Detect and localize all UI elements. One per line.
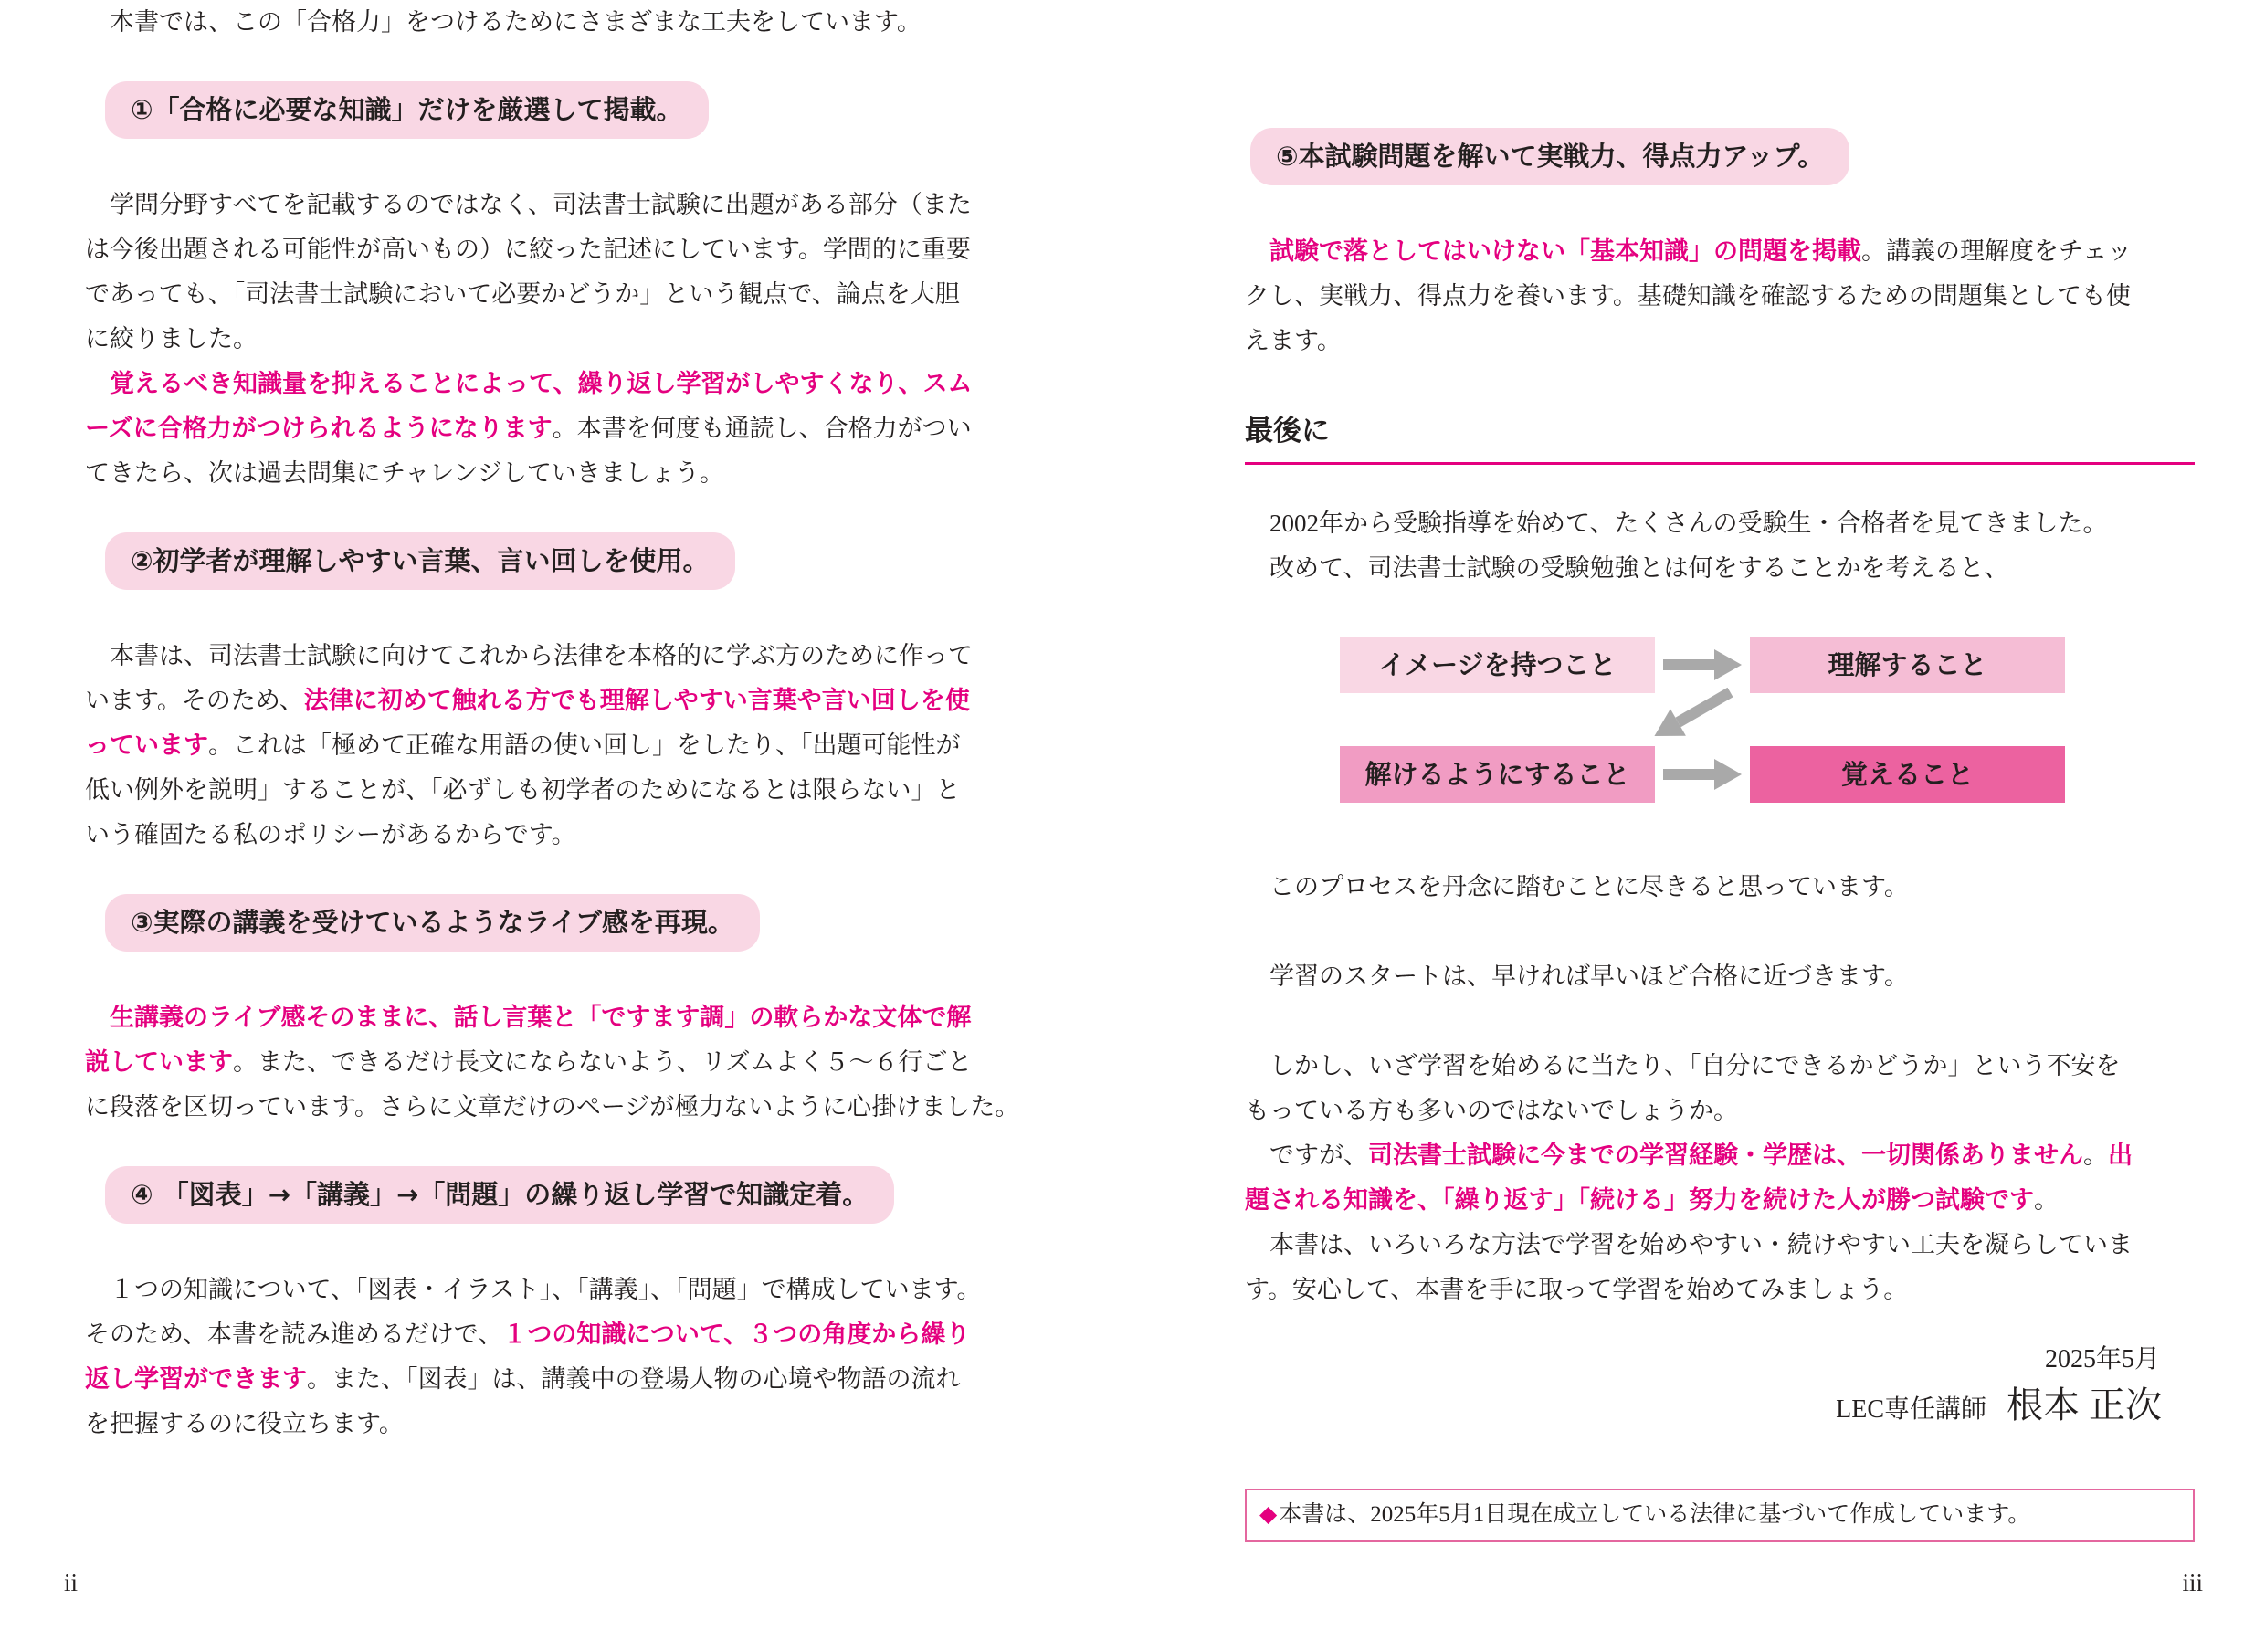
start-note-paragraph: 学習のスタートは、早ければ早いほど合格に近づきます。 bbox=[1245, 954, 2195, 999]
text-run: に段落を区切っています。さらに文章だけのページが極力ないように心掛けました。 bbox=[85, 1093, 1019, 1121]
text-line: このプロセスを丹念に踏むことに尽きると思っています。 bbox=[1245, 865, 2195, 910]
text-run: １つの知識について、「図表・イラスト」、「講義」、「問題」で構成しています。 bbox=[85, 1276, 981, 1303]
text-run: ですが、 bbox=[1245, 1142, 1368, 1169]
section-heading-row: ⑤本試験問題を解いて実戦力、得点力アップ。 bbox=[1245, 128, 2195, 185]
text-run: 。 bbox=[2034, 1186, 2059, 1214]
section-heading: ②初学者が理解しやすい言葉、言い回しを使用。 bbox=[105, 532, 735, 590]
author-line: LEC専任講師根本 正次 bbox=[1245, 1382, 2162, 1437]
text-run: いう確固たる私のポリシーがあるからです。 bbox=[85, 821, 576, 848]
text-line: １つの知識について、「図表・イラスト」、「講義」、「問題」で構成しています。 bbox=[85, 1268, 1026, 1312]
emphasis-run: っています bbox=[85, 731, 208, 760]
text-line: 覚えるべき知識量を抑えることによって、繰り返し学習がしやすくなり、スム bbox=[85, 362, 1026, 406]
left-page: 本書では、この「合格力」をつけるためにさまざまな工夫をしています。 ①「合格に必… bbox=[85, 0, 1026, 1447]
feature-section: ③実際の講義を受けているようなライブ感を再現。 生講義のライブ感そのままに、話し… bbox=[85, 894, 1026, 1130]
diagram-box-image: イメージを持つこと bbox=[1340, 637, 1655, 693]
closing-heading: 最後に bbox=[1245, 413, 2195, 449]
text-line: に絞りました。 bbox=[85, 317, 1026, 362]
text-line: っています。これは「極めて正確な用語の使い回し」をしたり、「出題可能性が bbox=[85, 723, 1026, 768]
author-name: 根本 正次 bbox=[2007, 1384, 2162, 1426]
text-line: 生講義のライブ感そのままに、話し言葉と「ですます調」の軟らかな文体で解 bbox=[85, 995, 1026, 1040]
diamond-bullet: ◆ bbox=[1259, 1502, 1277, 1527]
section-heading: ①「合格に必要な知識」だけを厳選して掲載。 bbox=[105, 81, 709, 139]
text-run: 本書は、司法書士試験に向けてこれから法律を本格的に学ぶ方のために作って bbox=[85, 642, 973, 669]
emphasis-run: 覚えるべき知識量を抑えることによって、繰り返し学習がしやすくなり、スム bbox=[85, 370, 972, 398]
diagram-box-solve: 解けるようにすること bbox=[1340, 746, 1655, 803]
arrow-down-left-icon bbox=[1647, 679, 1738, 749]
diagram-box-understand: 理解すること bbox=[1750, 637, 2065, 693]
process-diagram: イメージを持つこと 理解すること 解けるようにすること 覚えること bbox=[1340, 637, 2070, 803]
arrow-right-icon bbox=[1663, 649, 1742, 680]
text-line: 本書は、いろいろな方法で学習を始めやすい・続けやすい工夫を凝らしていま bbox=[1245, 1223, 2195, 1268]
text-line: は今後出題される可能性が高いもの）に絞った記述にしています。学問的に重要 bbox=[85, 227, 1026, 272]
text-line: いう確固たる私のポリシーがあるからです。 bbox=[85, 813, 1026, 858]
text-run: 。また、「図表」は、講義中の登場人物の心境や物語の流れ bbox=[307, 1365, 961, 1393]
section-paragraph: 本書は、司法書士試験に向けてこれから法律を本格的に学ぶ方のために作っています。そ… bbox=[85, 634, 1026, 858]
text-run: もっている方も多いのではないでしょうか。 bbox=[1245, 1097, 1738, 1124]
section-paragraph: １つの知識について、「図表・イラスト」、「講義」、「問題」で構成しています。その… bbox=[85, 1268, 1026, 1447]
section-heading: ③実際の講義を受けているようなライブ感を再現。 bbox=[105, 894, 760, 952]
page-number-right: iii bbox=[2182, 1569, 2203, 1596]
feature-section: ②初学者が理解しやすい言葉、言い回しを使用。 本書は、司法書士試験に向けてこれか… bbox=[85, 532, 1026, 858]
text-line: を把握するのに役立ちます。 bbox=[85, 1402, 1026, 1447]
text-line: 説しています。また、できるだけ長文にならないよう、リズムよく５〜６行ごと bbox=[85, 1040, 1026, 1085]
text-run: クし、実戦力、得点力を養います。基礎知識を確認するための問題集としても使 bbox=[1245, 282, 2131, 310]
left-sections: ①「合格に必要な知識」だけを厳選して掲載。 学問分野すべてを記載するのではなく、… bbox=[85, 81, 1026, 1447]
emphasis-run: 返し学習ができます bbox=[85, 1365, 307, 1394]
author-title: LEC専任講師 bbox=[1836, 1395, 1986, 1424]
emphasis-run: 説しています bbox=[85, 1048, 233, 1077]
text-run: す。安心して、本書を手に取って学習を始めてみましょう。 bbox=[1245, 1276, 1908, 1303]
text-line: 本書は、司法書士試験に向けてこれから法律を本格的に学ぶ方のために作って bbox=[85, 634, 1026, 679]
emphasis-run: ーズに合格力がつけられるようになります bbox=[85, 415, 553, 443]
arrow-right-icon bbox=[1663, 759, 1742, 790]
text-line: クし、実戦力、得点力を養います。基礎知識を確認するための問題集としても使 bbox=[1245, 274, 2195, 319]
text-run: 。講義の理解度をチェッ bbox=[1861, 237, 2132, 265]
text-line: す。安心して、本書を手に取って学習を始めてみましょう。 bbox=[1245, 1268, 2195, 1312]
footnote-box: ◆本書は、2025年5月1日現在成立している法律に基づいて作成しています。 bbox=[1245, 1489, 2195, 1542]
text-run: は今後出題される可能性が高いもの）に絞った記述にしています。学問的に重要 bbox=[85, 236, 971, 263]
text-line: に段落を区切っています。さらに文章だけのページが極力ないように心掛けました。 bbox=[85, 1085, 1026, 1130]
text-line: 低い例外を説明」することが、「必ずしも初学者のためになるとは限らない」と bbox=[85, 768, 1026, 813]
text-line: ですが、司法書士試験に今までの学習経験・学歴は、一切関係ありません。出 bbox=[1245, 1133, 2195, 1178]
process-note-paragraph: このプロセスを丹念に踏むことに尽きると思っています。 bbox=[1245, 865, 2195, 910]
section-heading-5: ⑤本試験問題を解いて実戦力、得点力アップ。 bbox=[1250, 128, 1849, 185]
emphasis-run: 題される知識を、「繰り返す」「続ける」努力を続けた人が勝つ試験です bbox=[1245, 1186, 2034, 1215]
intro-paragraph: 本書では、この「合格力」をつけるためにさまざまな工夫をしています。 bbox=[85, 0, 1026, 45]
heading-rule bbox=[1245, 462, 2195, 465]
section-heading-row: ④ 「図表」→「講義」→「問題」の繰り返し学習で知識定着。 bbox=[85, 1166, 1026, 1224]
text-run: います。そのため、 bbox=[85, 687, 304, 714]
diagram-box-memorize: 覚えること bbox=[1750, 746, 2065, 803]
closing-intro-paragraph: 2002年から受験指導を始めて、たくさんの受験生・合格者を見てきました。 改めて… bbox=[1245, 501, 2195, 591]
text-line: 改めて、司法書士試験の受験勉強とは何をすることかを考えると、 bbox=[1245, 546, 2195, 591]
text-line: しかし、いざ学習を始めるに当たり、「自分にできるかどうか」という不安を bbox=[1245, 1044, 2195, 1089]
text-line: 学問分野すべてを記載するのではなく、司法書士試験に出題がある部分（また bbox=[85, 183, 1026, 227]
section-heading-row: ②初学者が理解しやすい言葉、言い回しを使用。 bbox=[85, 532, 1026, 590]
text-run: そのため、本書を読み進めるだけで、 bbox=[85, 1321, 502, 1348]
text-run: 学習のスタートは、早ければ早いほど合格に近づきます。 bbox=[1245, 963, 1909, 990]
text-run: 低い例外を説明」することが、「必ずしも初学者のためになるとは限らない」と bbox=[85, 776, 961, 804]
section-5-paragraph: 試験で落としてはいけない「基本知識」の問題を掲載。講義の理解度をチェックし、実戦… bbox=[1245, 229, 2195, 363]
text-line: 試験で落としてはいけない「基本知識」の問題を掲載。講義の理解度をチェッ bbox=[1245, 229, 2195, 274]
text-line: そのため、本書を読み進めるだけで、１つの知識について、３つの角度から繰り bbox=[85, 1312, 1026, 1357]
text-run: このプロセスを丹念に踏むことに尽きると思っています。 bbox=[1245, 873, 1909, 900]
text-line: 学習のスタートは、早ければ早いほど合格に近づきます。 bbox=[1245, 954, 2195, 999]
section-paragraph: 学問分野すべてを記載するのではなく、司法書士試験に出題がある部分（または今後出題… bbox=[85, 183, 1026, 496]
emphasis-run: 司法書士試験に今までの学習経験・学歴は、一切関係ありません bbox=[1368, 1142, 2083, 1170]
intro-text: 本書では、この「合格力」をつけるためにさまざまな工夫をしています。 bbox=[85, 8, 922, 36]
text-line: 返し学習ができます。また、「図表」は、講義中の登場人物の心境や物語の流れ bbox=[85, 1357, 1026, 1402]
text-run: しかし、いざ学習を始めるに当たり、「自分にできるかどうか」という不安を bbox=[1245, 1052, 2121, 1079]
page-number-left: ii bbox=[64, 1569, 78, 1596]
text-line: います。そのため、法律に初めて触れる方でも理解しやすい言葉や言い回しを使 bbox=[85, 679, 1026, 723]
text-line: であっても、「司法書士試験において必要かどうか」という観点で、論点を大胆 bbox=[85, 272, 1026, 317]
text-line: 2002年から受験指導を始めて、たくさんの受験生・合格者を見てきました。 bbox=[1245, 501, 2195, 546]
text-line: えます。 bbox=[1245, 319, 2195, 363]
text-run: 。また、できるだけ長文にならないよう、リズムよく５〜６行ごと bbox=[233, 1048, 972, 1076]
right-page: ⑤本試験問題を解いて実戦力、得点力アップ。 試験で落としてはいけない「基本知識」… bbox=[1245, 0, 2195, 1542]
text-run: を把握するのに役立ちます。 bbox=[85, 1410, 404, 1437]
text-line: ーズに合格力がつけられるようになります。本書を何度も通読し、合格力がつい bbox=[85, 406, 1026, 451]
feature-section: ④ 「図表」→「講義」→「問題」の繰り返し学習で知識定着。 １つの知識について、… bbox=[85, 1166, 1026, 1447]
footnote-text: 本書は、2025年5月1日現在成立している法律に基づいて作成しています。 bbox=[1279, 1502, 2030, 1527]
emphasis-run: 試験で落としてはいけない「基本知識」の問題を掲載 bbox=[1245, 237, 1861, 266]
text-run: 。 bbox=[2083, 1142, 2108, 1169]
text-run: てきたら、次は過去問集にチャレンジしていきましょう。 bbox=[85, 459, 724, 487]
emphasis-run: １つの知識について、３つの角度から繰り bbox=[502, 1321, 970, 1349]
text-run: 本書は、いろいろな方法で学習を始めやすい・続けやすい工夫を凝らしていま bbox=[1245, 1231, 2133, 1258]
text-run: 2002年から受験指導を始めて、たくさんの受験生・合格者を見てきました。 bbox=[1245, 510, 2107, 537]
text-line: てきたら、次は過去問集にチャレンジしていきましょう。 bbox=[85, 451, 1026, 496]
publication-date: 2025年5月 bbox=[1245, 1342, 2160, 1378]
text-line: もっている方も多いのではないでしょうか。 bbox=[1245, 1089, 2195, 1133]
feature-section: ①「合格に必要な知識」だけを厳選して掲載。 学問分野すべてを記載するのではなく、… bbox=[85, 81, 1026, 496]
text-run: 。これは「極めて正確な用語の使い回し」をしたり、「出題可能性が bbox=[208, 731, 961, 759]
section-heading-row: ③実際の講義を受けているようなライブ感を再現。 bbox=[85, 894, 1026, 952]
closing-paragraph: しかし、いざ学習を始めるに当たり、「自分にできるかどうか」という不安をもっている… bbox=[1245, 1044, 2195, 1312]
emphasis-run: 出 bbox=[2108, 1142, 2133, 1170]
text-run: えます。 bbox=[1245, 327, 1342, 354]
text-line: 題される知識を、「繰り返す」「続ける」努力を続けた人が勝つ試験です。 bbox=[1245, 1178, 2195, 1223]
emphasis-run: 生講義のライブ感そのままに、話し言葉と「ですます調」の軟らかな文体で解 bbox=[85, 1004, 971, 1032]
emphasis-run: 法律に初めて触れる方でも理解しやすい言葉や言い回しを使 bbox=[304, 687, 970, 715]
book-spread: 本書では、この「合格力」をつけるためにさまざまな工夫をしています。 ①「合格に必… bbox=[0, 0, 2265, 1652]
section-paragraph: 生講義のライブ感そのままに、話し言葉と「ですます調」の軟らかな文体で解説していま… bbox=[85, 995, 1026, 1130]
text-run: であっても、「司法書士試験において必要かどうか」という観点で、論点を大胆 bbox=[85, 280, 960, 308]
section-heading-row: ①「合格に必要な知識」だけを厳選して掲載。 bbox=[85, 81, 1026, 139]
text-run: 学問分野すべてを記載するのではなく、司法書士試験に出題がある部分（また bbox=[85, 191, 972, 218]
section-heading: ④ 「図表」→「講義」→「問題」の繰り返し学習で知識定着。 bbox=[105, 1166, 894, 1224]
text-run: 。本書を何度も通読し、合格力がつい bbox=[553, 415, 972, 442]
text-run: 改めて、司法書士試験の受験勉強とは何をすることかを考えると、 bbox=[1245, 554, 2008, 582]
text-run: に絞りました。 bbox=[85, 325, 258, 352]
